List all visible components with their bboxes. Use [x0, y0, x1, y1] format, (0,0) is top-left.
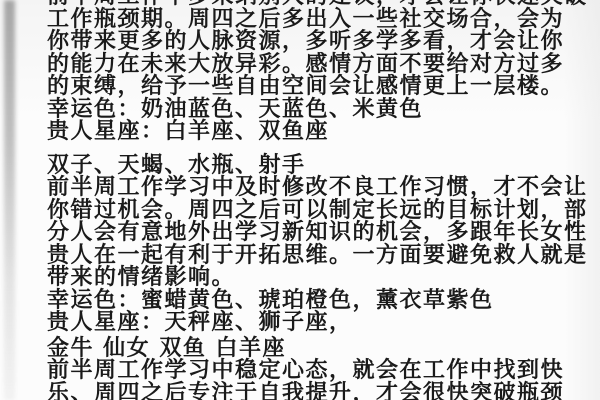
text-line: 工作瓶颈期。周四之后多出入一些社交场合，会为: [47, 9, 574, 32]
text-line: 贵人星座：天秤座、狮子座，: [47, 312, 574, 335]
left-edge-shadow: [4, 0, 15, 400]
text-line: 贵人星座：白羊座、双鱼座: [47, 121, 574, 144]
text-line: 的能力在未来大放异彩。感情方面不要给对方过多: [47, 54, 574, 77]
text-line: 乐、周四之后专注于自我提升，才会很快突破瓶颈: [47, 383, 574, 400]
text-line: 幸运色：奶油蓝色、天蓝色、米黄色: [47, 99, 574, 122]
horoscope-document: 前半周工作中多采纳别人的建议，才会让你快速突破工作瓶颈期。周四之后多出入一些社交…: [0, 0, 600, 400]
text-line: 分人会有意地外出学习新知识的机会，多跟年长女性: [47, 222, 574, 245]
text-line: 贵人在一起有利于开拓思维。一方面要避免救人就是: [47, 245, 574, 268]
horoscope-section-3: 金牛 仙女 双鱼 白羊座前半周工作学习中稳定心态，就会在工作中找到快乐、周四之后…: [47, 338, 574, 400]
text-line: 金牛 仙女 双鱼 白羊座: [47, 338, 574, 361]
text-line: 幸运色：蜜蜡黄色、琥珀橙色，薰衣草紫色: [47, 290, 574, 313]
text-line: 你错过机会。周四之后可以制定长远的目标计划，部: [47, 200, 574, 223]
text-line: 的束缚，给予一些自由空间会让感情更上一层楼。: [47, 76, 574, 99]
text-line: 你带来更多的人脉资源，多听多学多看，才会让你: [47, 31, 574, 54]
text-line: 前半周工作学习中及时修改不良工作习惯，才不会让: [47, 177, 574, 200]
text-line: 双子、天蝎、水瓶、射手: [47, 155, 574, 178]
text-line: 带来的情绪影响。: [47, 267, 574, 290]
text-line: 前半周工作学习中稳定心态，就会在工作中找到快: [47, 360, 574, 383]
horoscope-section-2: 双子、天蝎、水瓶、射手前半周工作学习中及时修改不良工作习惯，才不会让你错过机会。…: [47, 155, 574, 335]
text-area: 前半周工作中多采纳别人的建议，才会让你快速突破工作瓶颈期。周四之后多出入一些社交…: [47, 0, 574, 400]
horoscope-section-1: 前半周工作中多采纳别人的建议，才会让你快速突破工作瓶颈期。周四之后多出入一些社交…: [47, 0, 574, 144]
